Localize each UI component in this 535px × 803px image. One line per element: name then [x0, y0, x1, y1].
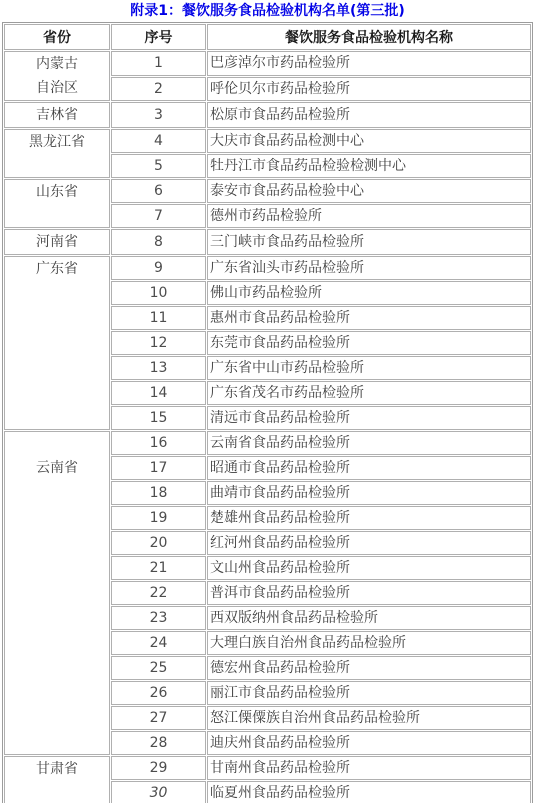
institution-cell: 云南省食品药品检验所 [207, 431, 531, 455]
institution-cell: 文山州食品药品检验所 [207, 556, 531, 580]
province-cell: 山东省 [4, 179, 110, 228]
institution-cell: 清远市食品药品检验所 [207, 406, 531, 430]
serial-cell: 30 [111, 781, 206, 803]
table-row: 云南省16云南省食品药品检验所 [4, 431, 531, 455]
institution-cell: 泰安市食品药品检验中心 [207, 179, 531, 203]
institution-cell: 广东省中山市药品检验所 [207, 356, 531, 380]
serial-cell: 5 [111, 154, 206, 178]
serial-cell: 26 [111, 681, 206, 705]
serial-cell: 22 [111, 581, 206, 605]
serial-cell: 19 [111, 506, 206, 530]
institution-cell: 临夏州食品药品检验所 [207, 781, 531, 803]
institution-cell: 巴彦淖尔市药品检验所 [207, 51, 531, 76]
institution-cell: 德州市药品检验所 [207, 204, 531, 228]
institution-cell: 广东省汕头市药品检验所 [207, 256, 531, 280]
institution-cell: 广东省茂名市药品检验所 [207, 381, 531, 405]
serial-cell: 15 [111, 406, 206, 430]
table-header: 省份 序号 餐饮服务食品检验机构名称 [4, 24, 531, 50]
table-row: 内蒙古 自治区1巴彦淖尔市药品检验所 [4, 51, 531, 76]
table-row: 甘肃省29甘南州食品药品检验所 [4, 756, 531, 780]
page-title: 附录1：餐饮服务食品检验机构名单(第三批) [0, 0, 535, 22]
serial-cell: 21 [111, 556, 206, 580]
institution-cell: 丽江市食品药品检验所 [207, 681, 531, 705]
institution-cell: 怒江傈僳族自治州食品药品检验所 [207, 706, 531, 730]
serial-cell: 23 [111, 606, 206, 630]
serial-cell: 24 [111, 631, 206, 655]
serial-cell: 1 [111, 51, 206, 76]
serial-cell: 2 [111, 77, 206, 102]
serial-cell: 3 [111, 102, 206, 128]
table-row: 吉林省3松原市食品药品检验所 [4, 102, 531, 128]
serial-cell: 29 [111, 756, 206, 780]
institution-cell: 迪庆州食品药品检验所 [207, 731, 531, 755]
institution-cell: 德宏州食品药品检验所 [207, 656, 531, 680]
institution-cell: 西双版纳州食品药品检验所 [207, 606, 531, 630]
province-cell: 甘肃省 [4, 756, 110, 803]
province-cell: 云南省 [4, 431, 110, 755]
institution-cell: 惠州市食品药品检验所 [207, 306, 531, 330]
serial-cell: 4 [111, 129, 206, 153]
province-cell: 内蒙古 自治区 [4, 51, 110, 101]
serial-cell: 6 [111, 179, 206, 203]
institution-cell: 甘南州食品药品检验所 [207, 756, 531, 780]
table-row: 黑龙江省4大庆市食品药品检测中心 [4, 129, 531, 153]
serial-cell: 14 [111, 381, 206, 405]
serial-cell: 8 [111, 229, 206, 255]
serial-cell: 18 [111, 481, 206, 505]
serial-cell: 16 [111, 431, 206, 455]
institution-cell: 红河州食品药品检验所 [207, 531, 531, 555]
institution-cell: 呼伦贝尔市药品检验所 [207, 77, 531, 102]
institution-cell: 普洱市食品药品检验所 [207, 581, 531, 605]
institution-cell: 东莞市食品药品检验所 [207, 331, 531, 355]
serial-cell: 7 [111, 204, 206, 228]
serial-cell: 9 [111, 256, 206, 280]
serial-cell: 13 [111, 356, 206, 380]
document-page: 附录1：餐饮服务食品检验机构名单(第三批) 省份 序号 餐饮服务食品检验机构名称… [0, 0, 535, 803]
province-cell: 河南省 [4, 229, 110, 255]
serial-cell: 28 [111, 731, 206, 755]
table-row: 河南省8三门峡市食品药品检验所 [4, 229, 531, 255]
province-cell: 黑龙江省 [4, 129, 110, 178]
institution-cell: 大理白族自治州食品药品检验所 [207, 631, 531, 655]
table-row: 山东省6泰安市食品药品检验中心 [4, 179, 531, 203]
institution-cell: 佛山市药品检验所 [207, 281, 531, 305]
serial-cell: 25 [111, 656, 206, 680]
header-row: 省份 序号 餐饮服务食品检验机构名称 [4, 24, 531, 50]
institution-cell: 楚雄州食品药品检验所 [207, 506, 531, 530]
serial-cell: 11 [111, 306, 206, 330]
table-body: 内蒙古 自治区1巴彦淖尔市药品检验所2呼伦贝尔市药品检验所吉林省3松原市食品药品… [4, 51, 531, 803]
table-row: 广东省9广东省汕头市药品检验所 [4, 256, 531, 280]
col-header-institution: 餐饮服务食品检验机构名称 [207, 24, 531, 50]
province-cell: 吉林省 [4, 102, 110, 128]
institution-cell: 三门峡市食品药品检验所 [207, 229, 531, 255]
serial-cell: 12 [111, 331, 206, 355]
institution-cell: 昭通市食品药品检验所 [207, 456, 531, 480]
col-header-serial: 序号 [111, 24, 206, 50]
serial-cell: 27 [111, 706, 206, 730]
institution-cell: 曲靖市食品药品检验所 [207, 481, 531, 505]
serial-cell: 17 [111, 456, 206, 480]
col-header-province: 省份 [4, 24, 110, 50]
province-cell: 广东省 [4, 256, 110, 430]
serial-cell: 10 [111, 281, 206, 305]
institution-cell: 松原市食品药品检验所 [207, 102, 531, 128]
institution-cell: 大庆市食品药品检测中心 [207, 129, 531, 153]
institution-cell: 牡丹江市食品药品检验检测中心 [207, 154, 531, 178]
institutions-table: 省份 序号 餐饮服务食品检验机构名称 内蒙古 自治区1巴彦淖尔市药品检验所2呼伦… [2, 22, 533, 803]
serial-cell: 20 [111, 531, 206, 555]
